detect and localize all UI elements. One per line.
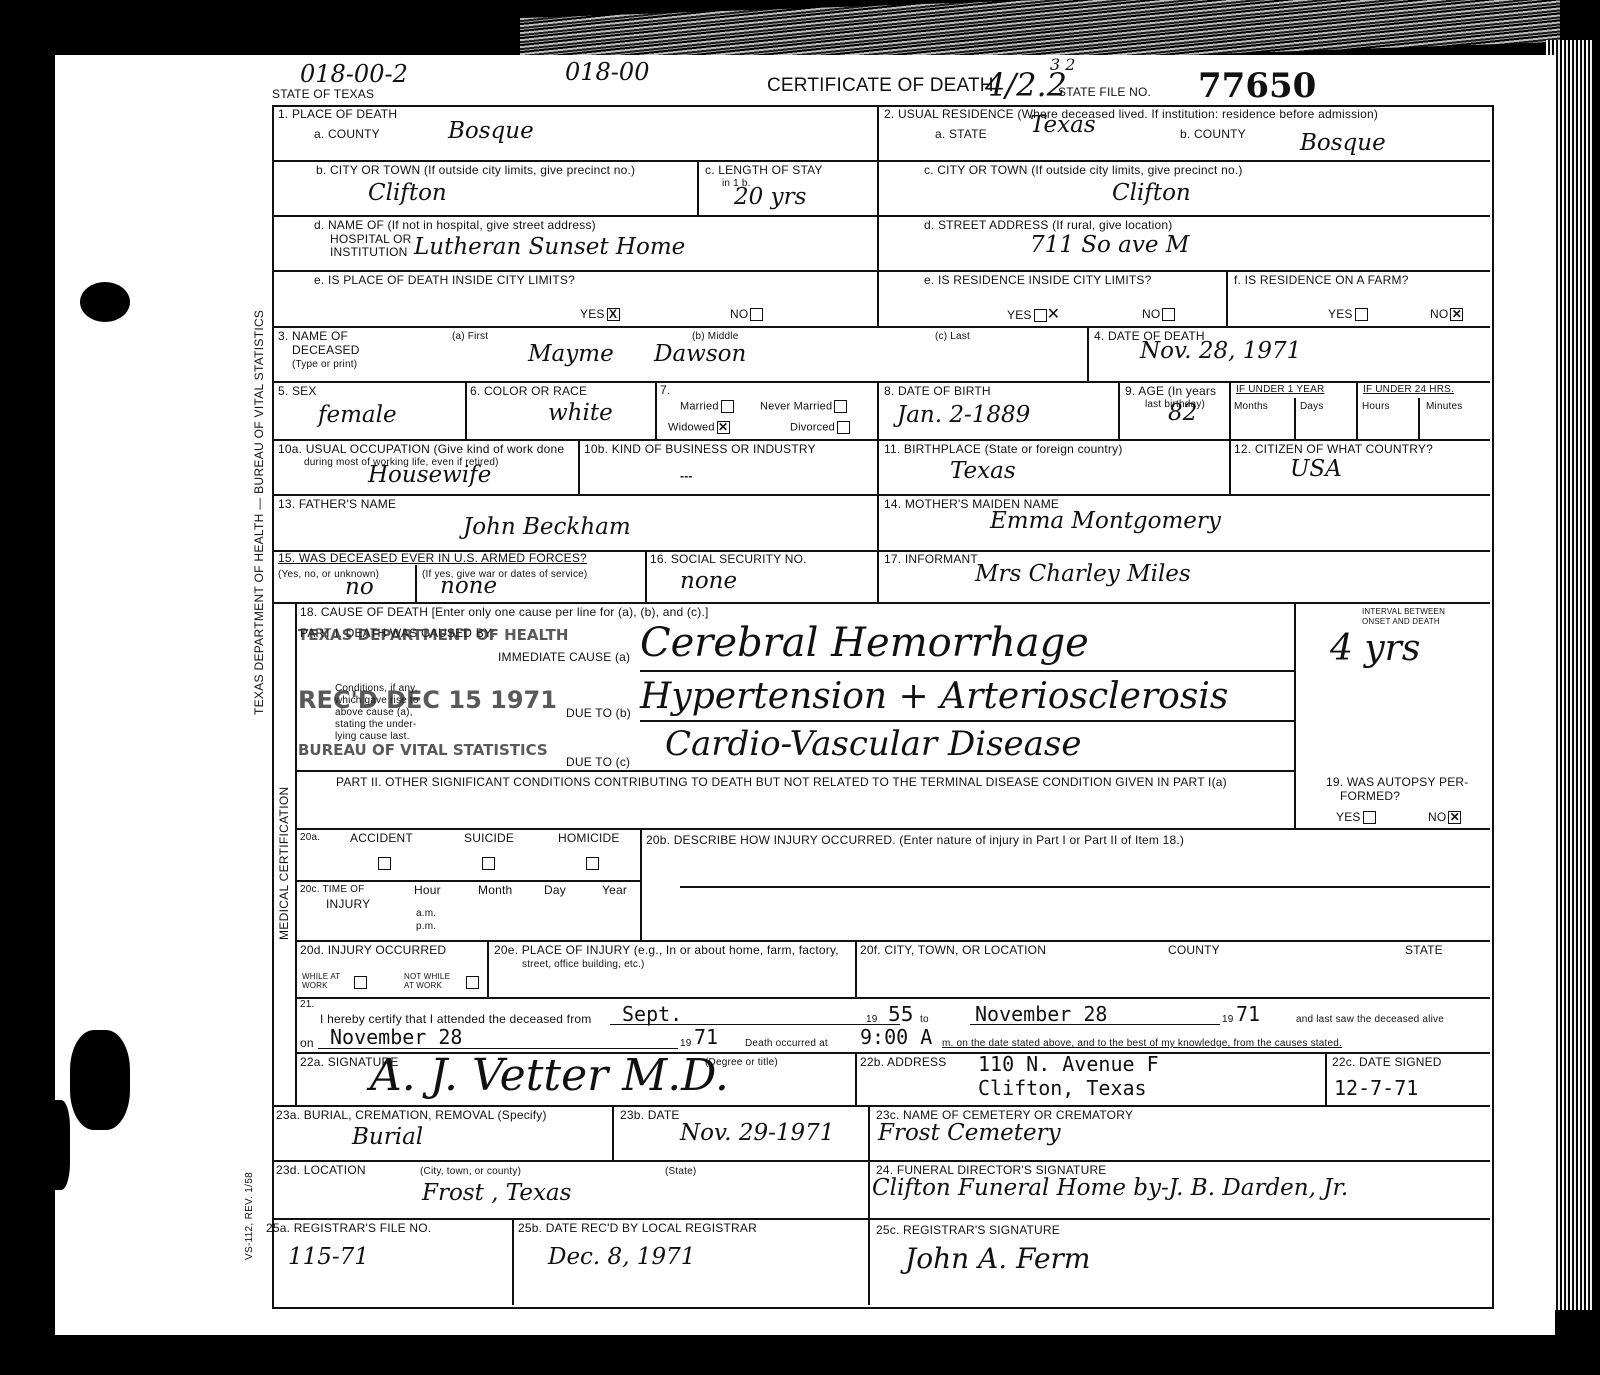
yes-checkbox[interactable]: X [607,308,620,321]
last-name-label: (c) Last [935,331,970,342]
no-checkbox[interactable]: ✕ [1450,308,1463,321]
residence-city-label: c. CITY OR TOWN (If outside city limits,… [924,164,1243,177]
at-work-checkbox[interactable] [354,976,367,989]
father-label: 13. FATHER'S NAME [278,498,396,511]
line [610,1024,900,1025]
am-label: a.m. [416,908,436,919]
occupation-value: Housewife [368,462,491,488]
year-label: Year [602,884,627,897]
business-label: 10b. KIND OF BUSINESS OR INDUSTRY [584,443,816,456]
divider [295,770,1295,772]
farm-yes[interactable]: YES [1328,308,1368,321]
married-option[interactable]: Married [680,400,734,413]
yes-checkbox[interactable] [1363,811,1376,824]
divider [272,494,1490,496]
divider [855,1052,857,1105]
last-seen-date: November 28 [330,1025,462,1049]
accident-checkbox[interactable] [378,857,391,870]
not-at-work-label: NOT WHILE AT WORK [404,972,460,990]
ssn-value: none [680,568,737,594]
burial-date-label: 23b. DATE [620,1109,680,1122]
state-file-label: STATE FILE NO. [1058,86,1151,99]
divider [272,270,1490,272]
not-at-work-checkbox[interactable] [466,976,479,989]
handwritten-code-1: 018-00-2 [300,60,408,88]
describe-injury-label: 20b. DESCRIBE HOW INJURY OCCURRED. (Ente… [646,834,1184,847]
burial-date-value: Nov. 29-1971 [680,1120,834,1146]
residence-inside-limits-label: e. IS RESIDENCE INSIDE CITY LIMITS? [924,274,1152,287]
name-label: 3. NAME OF [278,330,348,343]
citizen-label: 12. CITIZEN OF WHAT COUNTRY? [1234,443,1433,456]
divider [612,1105,614,1160]
punch-hole [80,282,130,322]
minutes-label: Minutes [1426,401,1462,412]
location-city-sublabel: (City, town, or county) [420,1166,521,1177]
place-of-injury-label: 20e. PLACE OF INJURY (e.g., In or about … [494,944,839,957]
divorced-option[interactable]: Divorced [790,421,850,434]
line [970,1024,1220,1025]
last-19: 19 [680,1038,692,1049]
yes-label: YES [1336,810,1361,824]
death-at-label: Death occurred at [745,1038,828,1049]
divider [295,880,640,882]
widowed-option[interactable]: Widowed✕ [668,421,730,434]
state-label: STATE OF TEXAS [272,88,374,101]
service-value: none [440,573,497,599]
immediate-cause-value: Cerebral Hemorrhage [640,620,1089,666]
divider [415,565,417,602]
divider [680,886,1490,888]
residence-label: 2. USUAL RESIDENCE (Where deceased lived… [884,108,1378,121]
at-work-label: WHILE AT WORK [302,972,346,990]
inside-limits-no[interactable]: NO [730,308,763,321]
due-to-b-value: Hypertension + Arteriosclerosis [640,676,1228,717]
address-line-2: Clifton, Texas [978,1076,1147,1100]
never-married-checkbox[interactable] [834,400,847,413]
residence-state-value: Texas [1030,112,1096,138]
handwritten-superscript: 3 2 [1050,55,1075,74]
divider [272,215,1490,217]
divider [512,1218,514,1305]
interval-label: INTERVAL BETWEEN [1362,607,1445,616]
divider [1356,381,1358,439]
conditions-label-4: stating the under- [335,719,416,730]
part-2-label: PART II. OTHER SIGNIFICANT CONDITIONS CO… [336,776,1227,789]
homicide-label: HOMICIDE [558,832,620,845]
under-1-year-label: IF UNDER 1 YEAR [1236,384,1324,395]
middle-name-value: Dawson [654,341,746,367]
due-to-c-value: Cardio-Vascular Disease [665,724,1082,764]
attended-from-year: 55 [888,1002,913,1026]
divider [1325,1052,1327,1105]
accident-label: ACCIDENT [350,832,413,845]
yes-checkbox[interactable] [1355,308,1368,321]
yes-label: YES [1328,307,1353,321]
father-value: John Beckham [463,514,631,540]
to-label: to [920,1014,929,1025]
suicide-label: SUICIDE [464,832,514,845]
divider [640,720,1295,722]
registrar-file-label: 25a. REGISTRAR'S FILE NO. [266,1222,431,1235]
form-number-label: VS-112, REV. 1/58 [244,1172,255,1260]
funeral-director-value: Clifton Funeral Home by-J. B. Darden, Jr… [872,1175,1348,1201]
cause-of-death-label: 18. CAUSE OF DEATH [Enter only one cause… [300,606,709,619]
physician-signature: A. J. Vetter M.D. [370,1050,729,1101]
registrar-file-value: 115-71 [288,1244,369,1270]
date-signed-label: 22c. DATE SIGNED [1332,1056,1442,1069]
birth-date-value: Jan. 2-1889 [897,402,1030,428]
registrar-signature: John A. Ferm [905,1242,1090,1275]
city-label: b. CITY OR TOWN (If outside city limits,… [316,164,635,177]
hospital-label: d. NAME OF (If not in hospital, give str… [314,219,596,232]
farm-no[interactable]: NO✕ [1430,308,1463,321]
under-24-hrs-label: IF UNDER 24 HRS. [1363,384,1454,395]
divider [1294,602,1296,828]
divider [272,602,1490,604]
divider [272,160,877,162]
divorced-checkbox[interactable] [837,421,850,434]
married-checkbox[interactable] [721,400,734,413]
county-label: a. COUNTY [314,128,380,141]
residence-limits-no[interactable]: NO [1142,308,1175,321]
due-to-c-label: DUE TO (c) [566,756,630,769]
last-saw-text: and last saw the deceased alive [1296,1014,1444,1025]
death-date-value: Nov. 28, 1971 [1140,338,1301,364]
residence-county-value: Bosque [1300,130,1386,156]
divider [295,828,1490,830]
no-checkbox[interactable]: ✕ [1448,811,1461,824]
injury-type-label: 20a. [300,832,320,843]
sex-label: 5. SEX [278,385,317,398]
name-label-2: DECEASED [292,344,360,357]
divider [1118,381,1120,439]
certification-number: 21. [300,999,315,1010]
place-of-death-label: 1. PLACE OF DEATH [278,108,397,121]
injury-occurred-label: 20d. INJURY OCCURRED [300,944,446,957]
x-mark: ✕ [1047,306,1061,323]
residence-city-value: Clifton [1112,180,1191,206]
paper-tear [40,1100,70,1190]
no-checkbox[interactable] [1162,308,1175,321]
suicide-checkbox[interactable] [482,857,495,870]
received-stamp-date: REC'D DEC 15 1971 [298,686,557,714]
race-value: white [548,400,613,426]
residence-county-label: b. COUNTY [1180,128,1246,141]
attended-to-date: November 28 [975,1002,1107,1026]
autopsy-label: 19. WAS AUTOPSY PER- [1326,776,1469,789]
divider [645,550,647,602]
months-label: Months [1234,401,1268,412]
divider [868,1105,870,1305]
first-name-label: (a) First [452,331,488,342]
days-label: Days [1300,401,1324,412]
farm-label: f. IS RESIDENCE ON A FARM? [1234,274,1409,287]
age-value: 82 [1168,400,1197,426]
divider [272,1218,1490,1220]
no-label: NO [1430,307,1448,321]
never-married-label: Never Married [760,400,832,412]
registrar-date-value: Dec. 8, 1971 [548,1244,695,1270]
informant-value: Mrs Charley Miles [975,561,1191,587]
address-label: 22b. ADDRESS [860,1056,946,1069]
address-line-1: 110 N. Avenue F [978,1052,1159,1076]
pm-label: p.m. [416,921,436,932]
attended-to-year: 71 [1236,1002,1260,1026]
handwritten-code-2: 018-00 [565,58,649,86]
stay-label: c. LENGTH OF STAY [705,164,823,177]
received-stamp-line-1: TEXAS DEPARTMENT OF HEALTH [298,626,568,644]
time-of-injury-label: 20c. TIME OF [300,884,364,895]
autopsy-yes[interactable]: YES [1336,811,1376,824]
autopsy-label-2: FORMED? [1340,790,1400,803]
divider [1226,270,1228,326]
to-19: 19 [1222,1014,1234,1025]
divider [295,602,297,1105]
burial-label: 23a. BURIAL, CREMATION, REMOVAL (Specify… [276,1109,547,1122]
divider [640,670,1295,672]
death-county-value: Bosque [448,118,534,144]
divider [1294,398,1296,439]
widowed-checkbox[interactable]: ✕ [717,421,730,434]
divider [1087,326,1089,381]
registrar-date-label: 25b. DATE REC'D BY LOCAL REGISTRAR [518,1222,757,1235]
interval-value: 4 yrs [1330,628,1420,669]
divider [697,160,699,215]
burial-value: Burial [352,1124,423,1150]
injury-county-label: COUNTY [1168,944,1220,957]
birthplace-value: Texas [950,458,1016,484]
residence-limits-yes[interactable]: YES✕ [1007,308,1060,322]
month-label: Month [478,884,512,897]
from-19: 19 [866,1014,878,1025]
divider [272,326,1490,328]
place-of-injury-label-2: street, office building, etc.) [522,959,645,970]
date-signed-value: 12-7-71 [1334,1076,1418,1100]
occupation-label: 10a. USUAL OCCUPATION (Give kind of work… [278,443,564,456]
injury-state-label: STATE [1405,944,1443,957]
homicide-checkbox[interactable] [586,857,599,870]
birthplace-label: 11. BIRTHPLACE (State or foreign country… [884,443,1123,456]
divider [487,940,489,997]
inside-city-limits-label: e. IS PLACE OF DEATH INSIDE CITY LIMITS? [314,274,575,287]
widowed-label: Widowed [668,421,715,433]
no-label: NO [730,307,748,321]
residence-state-label: a. STATE [935,128,987,141]
registrar-signature-label: 25c. REGISTRAR'S SIGNATURE [876,1224,1060,1237]
citizen-value: USA [1290,456,1342,482]
divider [877,160,1490,162]
informant-label: 17. INFORMANT [884,553,978,566]
interval-label-2: ONSET AND DEATH [1362,617,1440,626]
line [318,1048,678,1049]
mother-value: Emma Montgomery [990,508,1221,534]
location-label: 23d. LOCATION [276,1164,366,1177]
hospital-value: Lutheran Sunset Home [414,234,685,260]
age-label: 9. AGE (In years [1125,385,1216,398]
death-city-value: Clifton [368,180,447,206]
divider [295,997,1490,999]
divider [272,1160,1490,1162]
first-name-value: Mayme [528,341,614,367]
due-to-b-label: DUE TO (b) [566,707,631,720]
immediate-cause-label: IMMEDIATE CAUSE (a) [498,651,630,664]
autopsy-no[interactable]: NO✕ [1428,811,1461,824]
location-value: Frost , Texas [422,1180,571,1206]
divider [295,940,1490,942]
hours-label: Hours [1362,401,1390,412]
certificate-title: CERTIFICATE OF DEATH [767,76,994,96]
divider [1229,381,1231,494]
state-file-number: 77650 [1198,66,1316,106]
no-label: NO [1142,307,1160,321]
death-time-value: 9:00 A [860,1025,932,1049]
divider [578,439,580,494]
armed-forces-label: 15. WAS DECEASED EVER IN U.S. ARMED FORC… [278,552,587,565]
married-label: Married [680,400,719,412]
cemetery-value: Frost Cemetery [878,1120,1061,1146]
yes-label: YES [580,307,605,321]
location-state-sublabel: (State) [665,1166,696,1177]
received-stamp-line-3: BUREAU OF VITAL STATISTICS [298,741,548,759]
sex-value: female [318,402,397,428]
divider [272,381,1490,383]
divider [855,940,857,997]
department-vertical-label: TEXAS DEPARTMENT OF HEALTH — BUREAU OF V… [252,310,266,715]
divider [640,828,642,940]
divider [1418,398,1420,439]
race-label: 6. COLOR OR RACE [470,385,587,398]
street-label: d. STREET ADDRESS (If rural, give locati… [924,219,1172,232]
stay-value: 20 yrs [734,184,806,210]
day-label: Day [544,884,566,897]
birth-date-label: 8. DATE OF BIRTH [884,385,991,398]
divider [877,105,879,326]
injury-city-label: 20f. CITY, TOWN, OR LOCATION [860,944,1046,957]
hour-label: Hour [414,884,441,897]
punch-hole [70,1030,130,1130]
divider [272,439,1490,441]
armed-forces-value: no [345,574,374,600]
divider [655,381,657,439]
street-value: 711 So ave M [1030,232,1189,258]
name-label-3: (Type or print) [292,359,357,370]
certify-text-3: m. on the date stated above, and to the … [942,1038,1342,1049]
divorced-label: Divorced [790,421,835,433]
business-value: --- [680,470,693,483]
last-seen-year: 71 [694,1025,718,1049]
ssn-label: 16. SOCIAL SECURITY NO. [650,553,807,566]
divider [465,381,467,439]
no-label: NO [1428,810,1446,824]
never-married-option[interactable]: Never Married [760,400,847,413]
inside-limits-yes[interactable]: YESX [580,308,620,321]
hospital-label-3: INSTITUTION [330,246,408,259]
marital-label: 7. [660,384,670,397]
on-label: on [300,1037,314,1050]
attended-from-month: Sept. [622,1002,682,1026]
yes-label: YES [1007,308,1032,322]
divider [877,381,879,602]
divider [272,1105,1490,1107]
yes-checkbox[interactable] [1034,309,1047,322]
time-of-injury-label-2: INJURY [326,898,370,911]
no-checkbox[interactable] [750,308,763,321]
